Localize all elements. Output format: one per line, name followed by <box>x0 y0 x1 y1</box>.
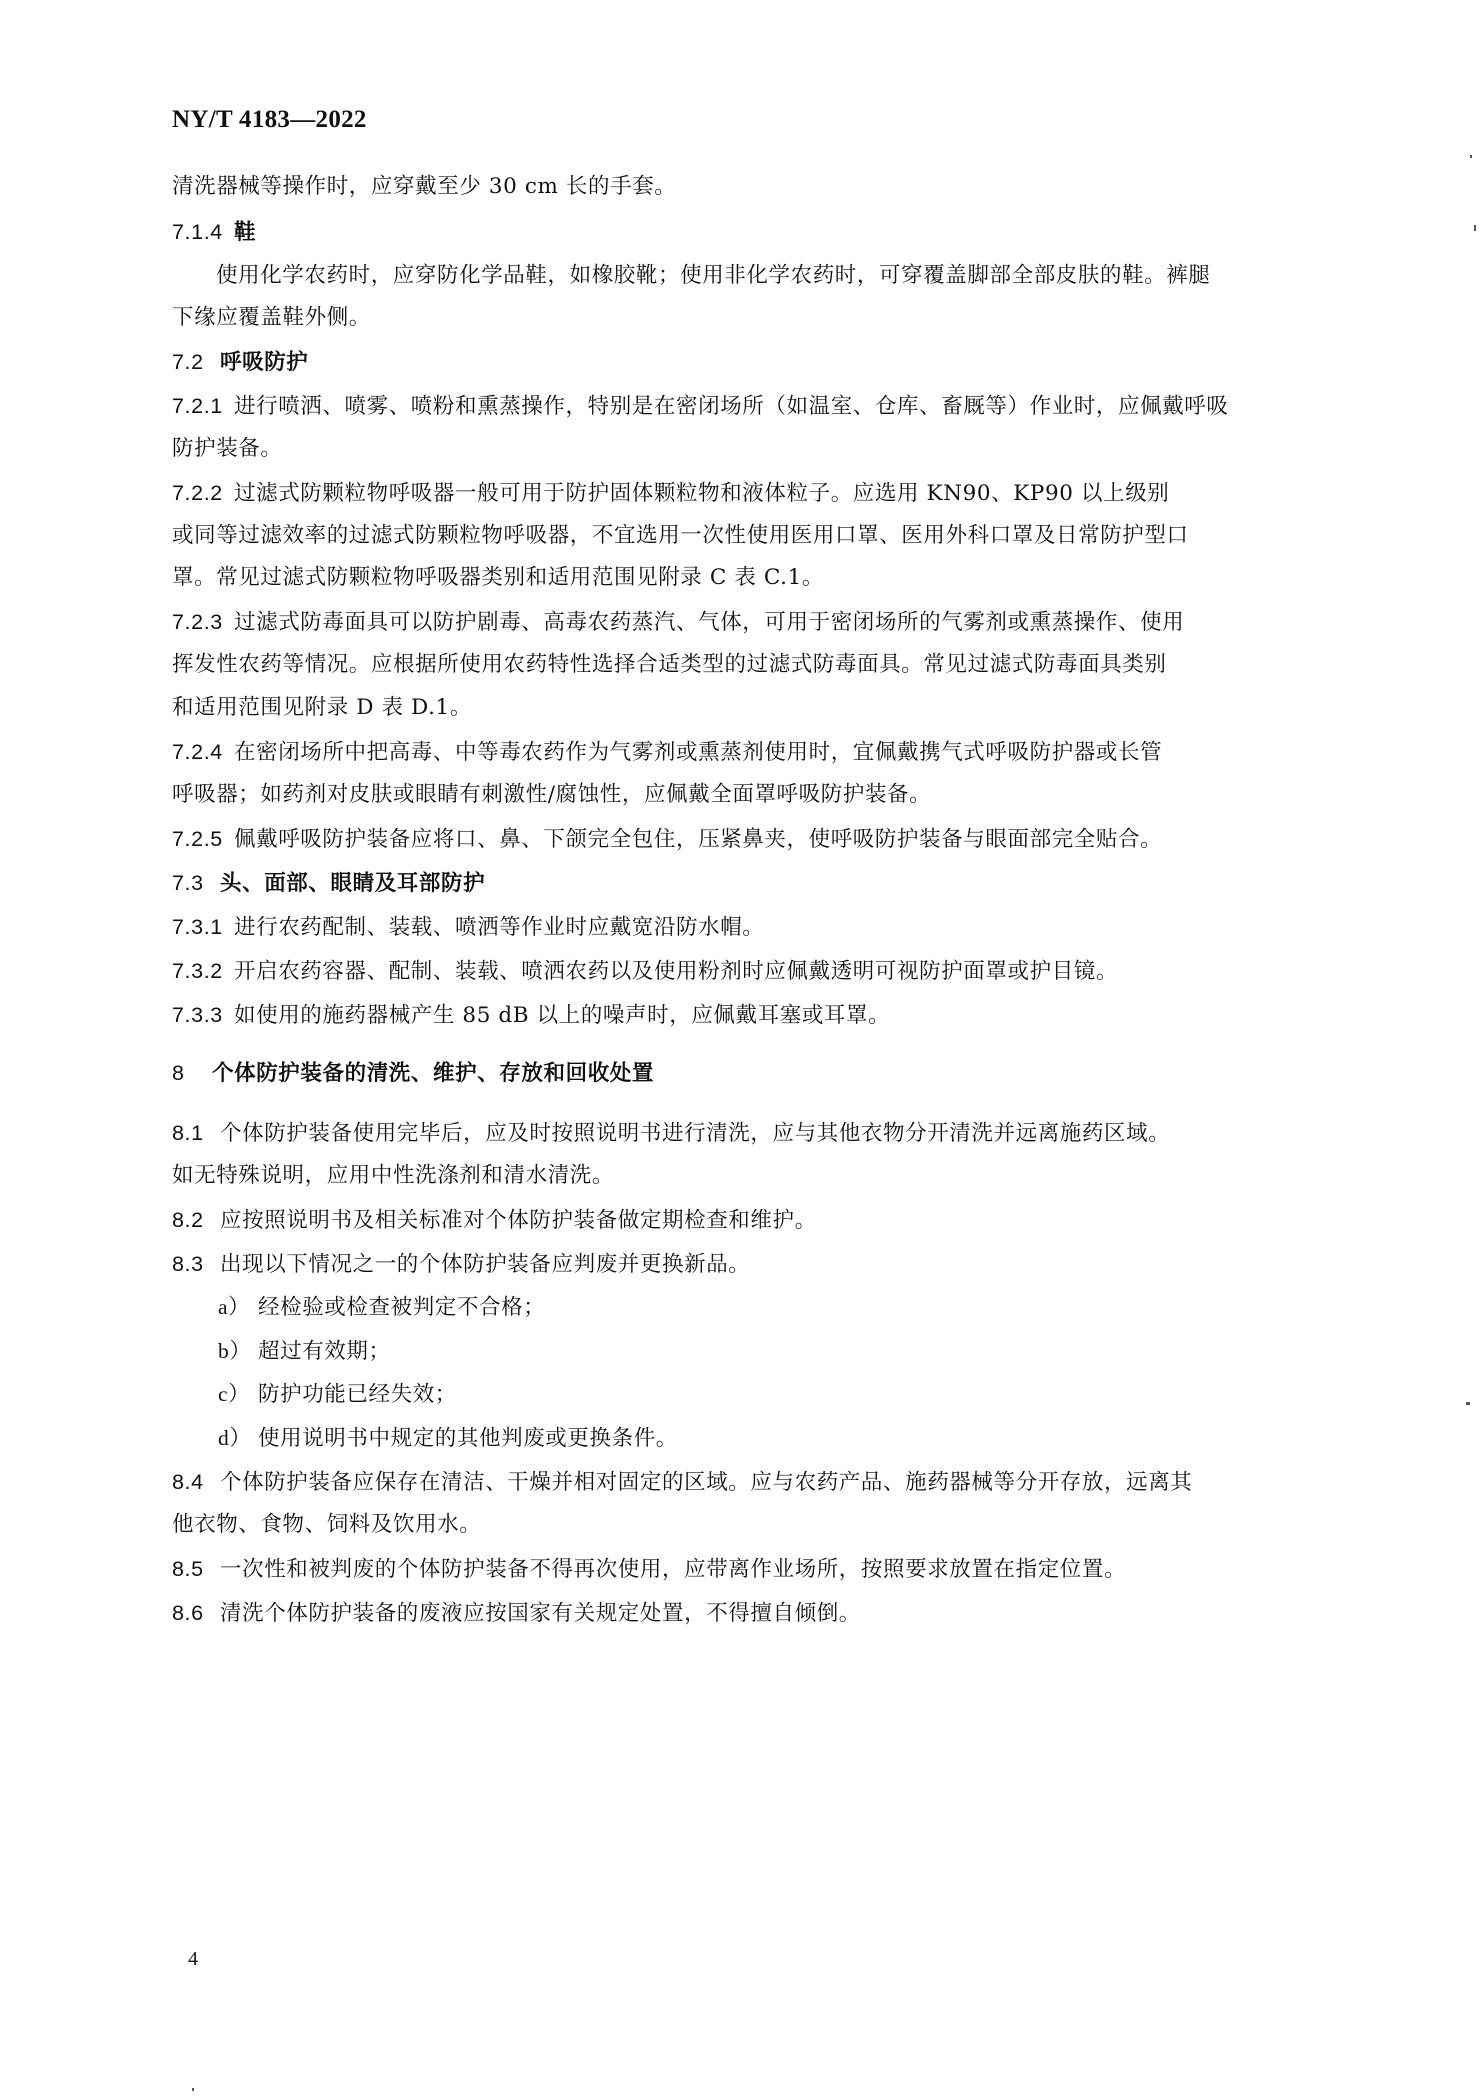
list-marker: b） <box>218 1336 258 1366</box>
paragraph-line: 7.3.2开启农药容器、配制、装载、喷洒农药以及使用粉剂时应佩戴透明可视防护面罩… <box>172 956 1118 987</box>
line-text: 使用说明书中规定的其他判废或更换条件。 <box>258 1426 678 1451</box>
paragraph-line: 如无特殊说明，应用中性洗涤剂和清水清洗。 <box>172 1161 614 1191</box>
section-number: 7.1.4 <box>172 217 234 247</box>
paragraph-line: 8.5一次性和被判废的个体防护装备不得再次使用，应带离作业场所，按照要求放置在指… <box>172 1554 1126 1585</box>
list-item: c）防护功能已经失效； <box>218 1379 457 1410</box>
line-text: 他衣物、食物、饲料及饮用水。 <box>172 1512 481 1537</box>
paragraph-line: 7.2.1进行喷洒、喷雾、喷粉和熏蒸操作，特别是在密闭场所（如温室、仓库、畜厩等… <box>172 391 1229 422</box>
line-text: 佩戴呼吸防护装备应将口、鼻、下颌完全包住，压紧鼻夹，使呼吸防护装备与眼面部完全贴… <box>234 827 1162 852</box>
heading-text: 头、面部、眼睛及耳部防护 <box>220 871 485 896</box>
paragraph-line: 7.2.3过滤式防毒面具可以防护剧毒、高毒农药蒸汽、气体，可用于密闭场所的气雾剂… <box>172 607 1184 638</box>
paragraph-line: 7.3.3如使用的施药器械产生 85 dB 以上的噪声时，应佩戴耳塞或耳罩。 <box>172 1000 890 1031</box>
paragraph-line: 7.2.5佩戴呼吸防护装备应将口、鼻、下颌完全包住，压紧鼻夹，使呼吸防护装备与眼… <box>172 824 1162 855</box>
list-item: b）超过有效期； <box>218 1336 391 1367</box>
section-number: 7.2.2 <box>172 478 234 508</box>
section-heading: 7.1.4鞋 <box>172 217 256 248</box>
list-marker: a） <box>218 1292 258 1322</box>
line-text: 个体防护装备应保存在清洁、干燥并相对固定的区域。应与农药产品、施药器械等分开存放… <box>220 1470 1192 1495</box>
paragraph-line: 防护装备。 <box>172 434 283 464</box>
section-number: 7.2 <box>172 347 220 377</box>
line-text: 经检验或检查被判定不合格； <box>258 1295 545 1320</box>
section-number: 8.1 <box>172 1118 220 1148</box>
scan-speck <box>1474 225 1476 231</box>
paragraph-line: 使用化学农药时，应穿防化学品鞋，如橡胶靴；使用非化学农药时，可穿覆盖脚部全部皮肤… <box>172 261 1211 291</box>
section-number: 7.3.1 <box>172 912 234 942</box>
line-text: 开启农药容器、配制、装载、喷洒农药以及使用粉剂时应佩戴透明可视防护面罩或护目镜。 <box>234 959 1118 984</box>
line-text: 下缘应覆盖鞋外侧。 <box>172 305 371 330</box>
line-text: 防护装备。 <box>172 436 283 461</box>
line-text: 和适用范围见附录 D 表 D.1。 <box>172 695 472 720</box>
heading-text: 鞋 <box>234 220 256 245</box>
section-number: 8.2 <box>172 1205 220 1235</box>
paragraph-line: 8.2应按照说明书及相关标准对个体防护装备做定期检查和维护。 <box>172 1205 817 1236</box>
standard-code-header: NY/T 4183—2022 <box>172 106 367 134</box>
section-number: 7.2.3 <box>172 607 234 637</box>
line-text: 清洗个体防护装备的废液应按国家有关规定处置，不得擅自倾倒。 <box>220 1601 861 1626</box>
section-number: 8.6 <box>172 1598 220 1628</box>
line-text: 个体防护装备使用完毕后，应及时按照说明书进行清洗，应与其他衣物分开清洗并远离施药… <box>220 1121 1170 1146</box>
document-page: NY/T 4183—2022 清洗器械等操作时，应穿戴至少 30 cm 长的手套… <box>0 0 1482 2097</box>
line-text: 如无特殊说明，应用中性洗涤剂和清水清洗。 <box>172 1163 614 1188</box>
section-heading: 7.3头、面部、眼睛及耳部防护 <box>172 868 485 899</box>
section-heading: 7.2呼吸防护 <box>172 347 308 378</box>
line-text: 或同等过滤效率的过滤式防颗粒物呼吸器，不宜选用一次性使用医用口罩、医用外科口罩及… <box>172 523 1189 548</box>
paragraph-line: 8.6清洗个体防护装备的废液应按国家有关规定处置，不得擅自倾倒。 <box>172 1598 861 1629</box>
paragraph-line: 和适用范围见附录 D 表 D.1。 <box>172 693 472 723</box>
line-text: 应按照说明书及相关标准对个体防护装备做定期检查和维护。 <box>220 1208 817 1233</box>
line-text: 使用化学农药时，应穿防化学品鞋，如橡胶靴；使用非化学农药时，可穿覆盖脚部全部皮肤… <box>216 263 1211 288</box>
list-item: d）使用说明书中规定的其他判废或更换条件。 <box>218 1423 678 1454</box>
line-text: 挥发性农药等情况。应根据所使用农药特性选择合适类型的过滤式防毒面具。常见过滤式防… <box>172 652 1167 677</box>
line-text: 呼吸器；如药剂对皮肤或眼睛有刺激性/腐蚀性，应佩戴全面罩呼吸防护装备。 <box>172 782 931 807</box>
line-text: 在密闭场所中把高毒、中等毒农药作为气雾剂或熏蒸剂使用时，宜佩戴携气式呼吸防护器或… <box>234 740 1162 765</box>
line-text: 罩。常见过滤式防颗粒物呼吸器类别和适用范围见附录 C 表 C.1。 <box>172 565 824 590</box>
section-number: 7.3.2 <box>172 956 234 986</box>
paragraph-line: 7.2.2过滤式防颗粒物呼吸器一般可用于防护固体颗粒物和液体粒子。应选用 KN9… <box>172 478 1169 509</box>
section-number: 7.2.4 <box>172 737 234 767</box>
paragraph-line: 清洗器械等操作时，应穿戴至少 30 cm 长的手套。 <box>172 172 676 202</box>
line-text: 防护功能已经失效； <box>258 1382 457 1407</box>
heading-text: 呼吸防护 <box>220 350 308 375</box>
section-heading: 8个体防护装备的清洗、维护、存放和回收处置 <box>172 1058 654 1089</box>
paragraph-line: 7.2.4在密闭场所中把高毒、中等毒农药作为气雾剂或熏蒸剂使用时，宜佩戴携气式呼… <box>172 737 1162 768</box>
list-marker: d） <box>218 1423 258 1453</box>
line-text: 清洗器械等操作时，应穿戴至少 30 cm 长的手套。 <box>172 174 676 199</box>
list-item: a）经检验或检查被判定不合格； <box>218 1292 545 1323</box>
list-marker: c） <box>218 1379 258 1409</box>
line-text: 过滤式防毒面具可以防护剧毒、高毒农药蒸汽、气体，可用于密闭场所的气雾剂或熏蒸操作… <box>234 610 1184 635</box>
section-number: 7.2.5 <box>172 824 234 854</box>
section-number: 7.2.1 <box>172 391 234 421</box>
heading-text: 个体防护装备的清洗、维护、存放和回收处置 <box>212 1061 654 1086</box>
line-text: 如使用的施药器械产生 85 dB 以上的噪声时，应佩戴耳塞或耳罩。 <box>234 1003 890 1028</box>
section-number: 8 <box>172 1058 212 1088</box>
line-text: 超过有效期； <box>258 1339 391 1364</box>
line-text: 出现以下情况之一的个体防护装备应判废并更换新品。 <box>220 1252 750 1277</box>
paragraph-line: 罩。常见过滤式防颗粒物呼吸器类别和适用范围见附录 C 表 C.1。 <box>172 563 824 593</box>
section-number: 8.5 <box>172 1554 220 1584</box>
paragraph-line: 或同等过滤效率的过滤式防颗粒物呼吸器，不宜选用一次性使用医用口罩、医用外科口罩及… <box>172 521 1189 551</box>
line-text: 进行喷洒、喷雾、喷粉和熏蒸操作，特别是在密闭场所（如温室、仓库、畜厩等）作业时，… <box>234 394 1229 419</box>
paragraph-line: 8.1个体防护装备使用完毕后，应及时按照说明书进行清洗，应与其他衣物分开清洗并远… <box>172 1118 1170 1149</box>
scan-speck <box>1470 155 1472 158</box>
paragraph-line: 呼吸器；如药剂对皮肤或眼睛有刺激性/腐蚀性，应佩戴全面罩呼吸防护装备。 <box>172 780 931 810</box>
paragraph-line: 8.4个体防护装备应保存在清洁、干燥并相对固定的区域。应与农药产品、施药器械等分… <box>172 1467 1192 1498</box>
section-number: 7.3.3 <box>172 1000 234 1030</box>
line-text: 一次性和被判废的个体防护装备不得再次使用，应带离作业场所，按照要求放置在指定位置… <box>220 1557 1126 1582</box>
section-number: 8.3 <box>172 1249 220 1279</box>
paragraph-line: 下缘应覆盖鞋外侧。 <box>172 303 371 333</box>
scan-speck <box>192 2088 194 2091</box>
paragraph-line: 8.3出现以下情况之一的个体防护装备应判废并更换新品。 <box>172 1249 750 1280</box>
scan-speck <box>1466 1402 1470 1405</box>
line-text: 进行农药配制、装载、喷洒等作业时应戴宽沿防水帽。 <box>234 915 764 940</box>
page-number: 4 <box>188 1948 198 1971</box>
paragraph-line: 挥发性农药等情况。应根据所使用农药特性选择合适类型的过滤式防毒面具。常见过滤式防… <box>172 650 1167 680</box>
section-number: 8.4 <box>172 1467 220 1497</box>
line-text: 过滤式防颗粒物呼吸器一般可用于防护固体颗粒物和液体粒子。应选用 KN90、KP9… <box>234 481 1169 506</box>
paragraph-line: 他衣物、食物、饲料及饮用水。 <box>172 1510 481 1540</box>
section-number: 7.3 <box>172 868 220 898</box>
paragraph-line: 7.3.1进行农药配制、装载、喷洒等作业时应戴宽沿防水帽。 <box>172 912 764 943</box>
